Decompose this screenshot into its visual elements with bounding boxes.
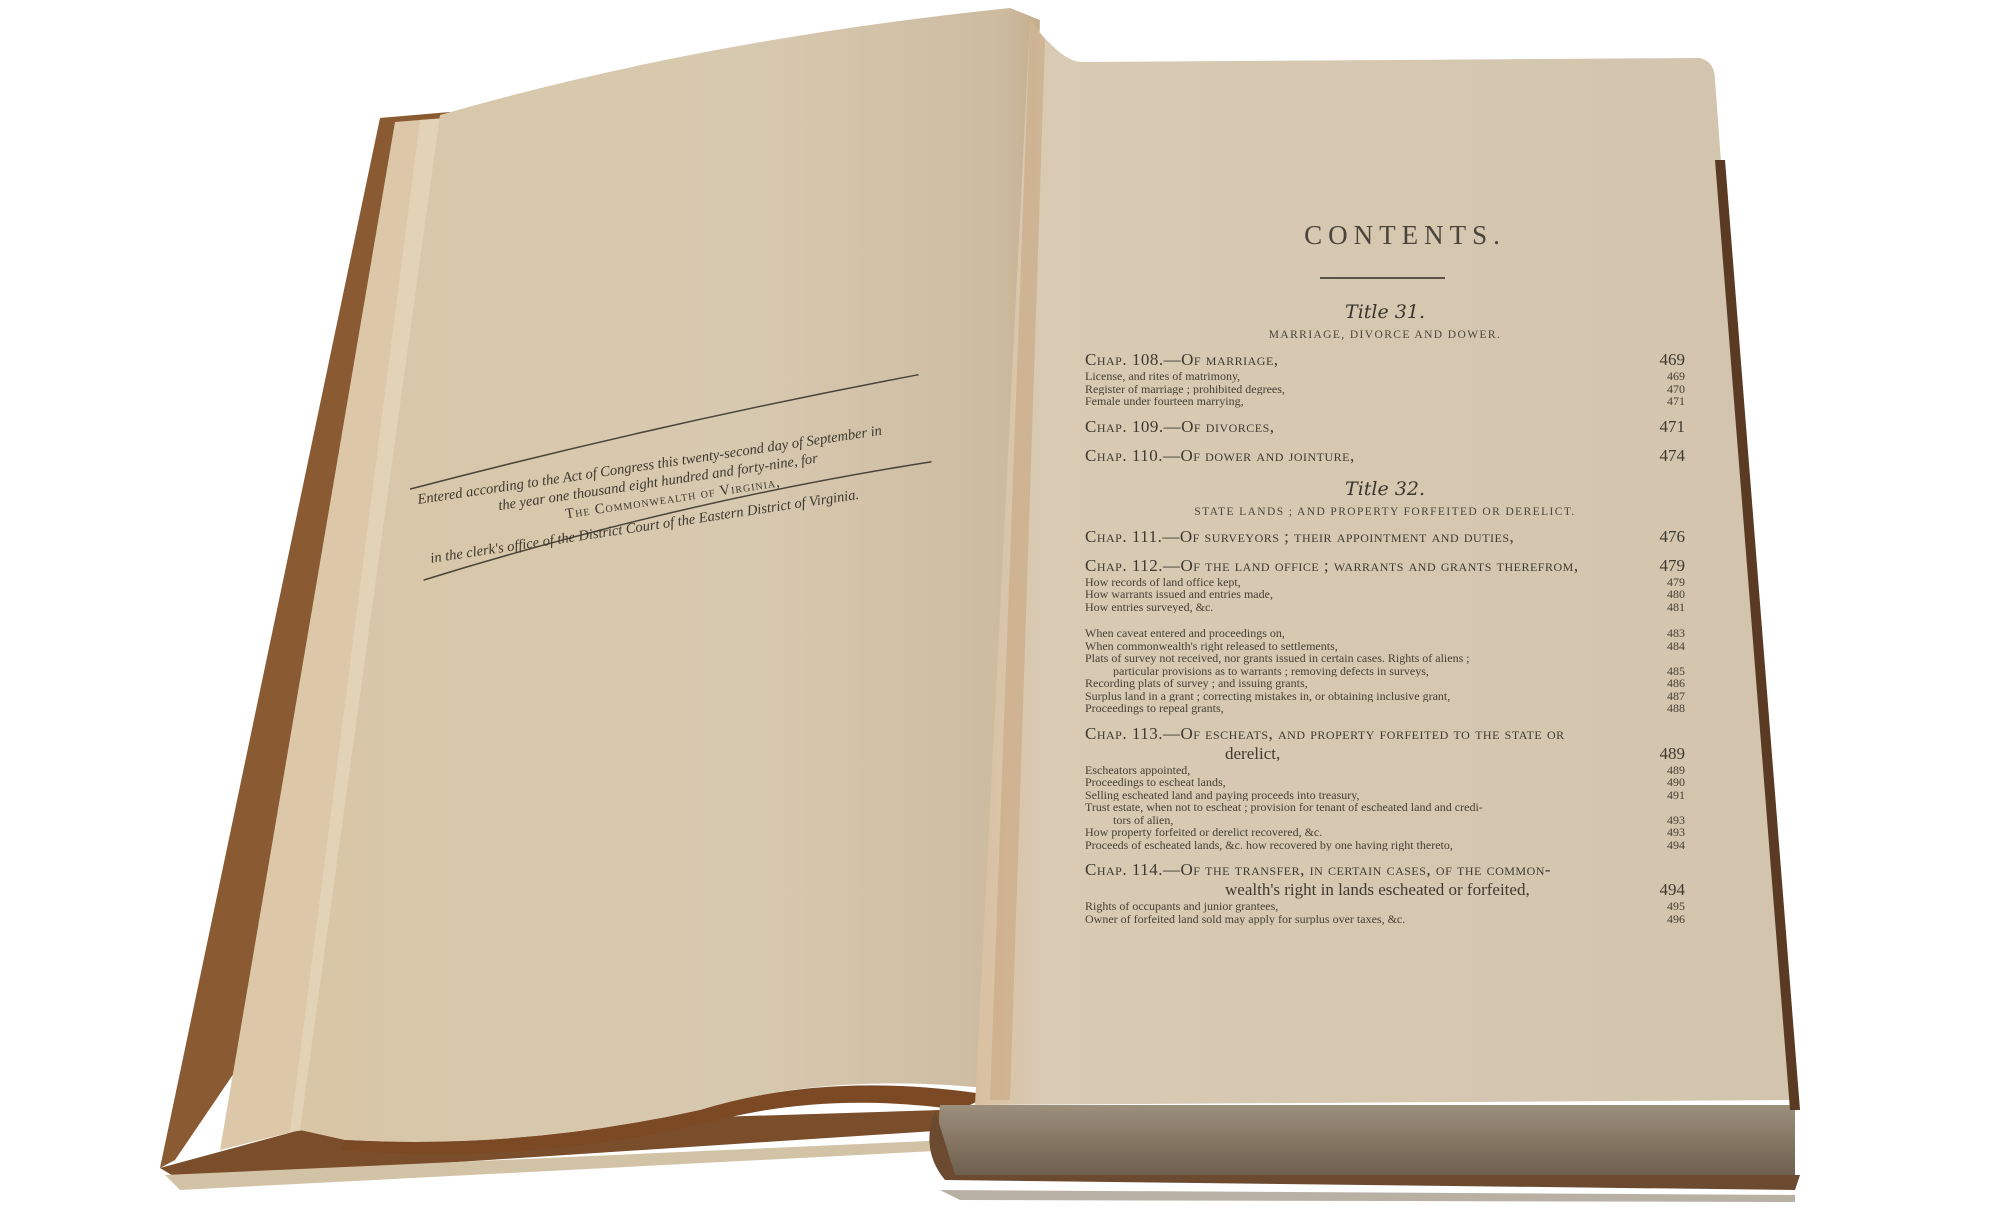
section-entry: How warrants issued and entries made,480 [1085, 588, 1685, 601]
chapter-111: Chap. 111.—Of surveyors ; their appointm… [1085, 527, 1685, 547]
title-32: Title 32. [1085, 478, 1685, 500]
chapter-109: Chap. 109.—Of divorces,471 [1085, 417, 1685, 437]
chapter-114: Chap. 114.—Of the transfer, in certain c… [1085, 860, 1685, 880]
section-entry: Trust estate, when not to escheat ; prov… [1085, 801, 1685, 814]
chapter-110: Chap. 110.—Of dower and jointure,474 [1085, 446, 1685, 466]
title-32-subtitle: STATE LANDS ; AND PROPERTY FORFEITED OR … [1085, 506, 1685, 518]
chapter-113: Chap. 113.—Of escheats, and property for… [1085, 724, 1685, 744]
book-photo: Entered according to the Act of Congress… [0, 0, 1999, 1207]
page-edges [939, 1105, 1795, 1175]
section-entry: License, and rites of matrimony,469 [1085, 370, 1685, 383]
section-entry: How records of land office kept,479 [1085, 576, 1685, 589]
open-book-illustration [0, 0, 1999, 1207]
section-entry: When commonwealth's right released to se… [1085, 640, 1685, 653]
section-entry: Selling escheated land and paying procee… [1085, 789, 1685, 802]
chapter-113-continued: derelict,489 [1085, 744, 1685, 764]
title-31-subtitle: MARRIAGE, DIVORCE AND DOWER. [1085, 329, 1685, 341]
section-entry: Plats of survey not received, nor grants… [1085, 652, 1685, 665]
section-entry: Proceedings to escheat lands,490 [1085, 776, 1685, 789]
title-31: Title 31. [1085, 301, 1685, 323]
section-entry: How entries surveyed, &c.481 [1085, 601, 1685, 614]
section-entry: Owner of forfeited land sold may apply f… [1085, 913, 1685, 926]
chapter-114-continued: wealth's right in lands escheated or for… [1085, 880, 1685, 900]
heading-rule [1320, 277, 1445, 279]
section-entry: Escheators appointed,489 [1085, 764, 1685, 777]
section-entry: Surplus land in a grant ; correcting mis… [1085, 690, 1685, 703]
section-entry: Proceedings to repeal grants,488 [1085, 702, 1685, 715]
section-entry: particular provisions as to warrants ; r… [1085, 665, 1685, 678]
chapter-112: Chap. 112.—Of the land office ; warrants… [1085, 556, 1685, 576]
section-entry: Proceeds of escheated lands, &c. how rec… [1085, 839, 1685, 852]
section-entry: Female under fourteen marrying,471 [1085, 395, 1685, 408]
section-entry: Recording plats of survey ; and issuing … [1085, 677, 1685, 690]
section-entry: Register of marriage ; prohibited degree… [1085, 383, 1685, 396]
section-entry: Rights of occupants and junior grantees,… [1085, 900, 1685, 913]
contents-page: CONTENTS. Title 31. MARRIAGE, DIVORCE AN… [1085, 220, 1685, 925]
section-entry: tors of alien,493 [1085, 814, 1685, 827]
section-entry: When caveat entered and proceedings on,4… [1085, 627, 1685, 640]
chapter-108: Chap. 108.—Of marriage,469 [1085, 350, 1685, 370]
section-entry: How property forfeited or derelict recov… [1085, 826, 1685, 839]
contents-heading: CONTENTS. [1125, 220, 1685, 251]
